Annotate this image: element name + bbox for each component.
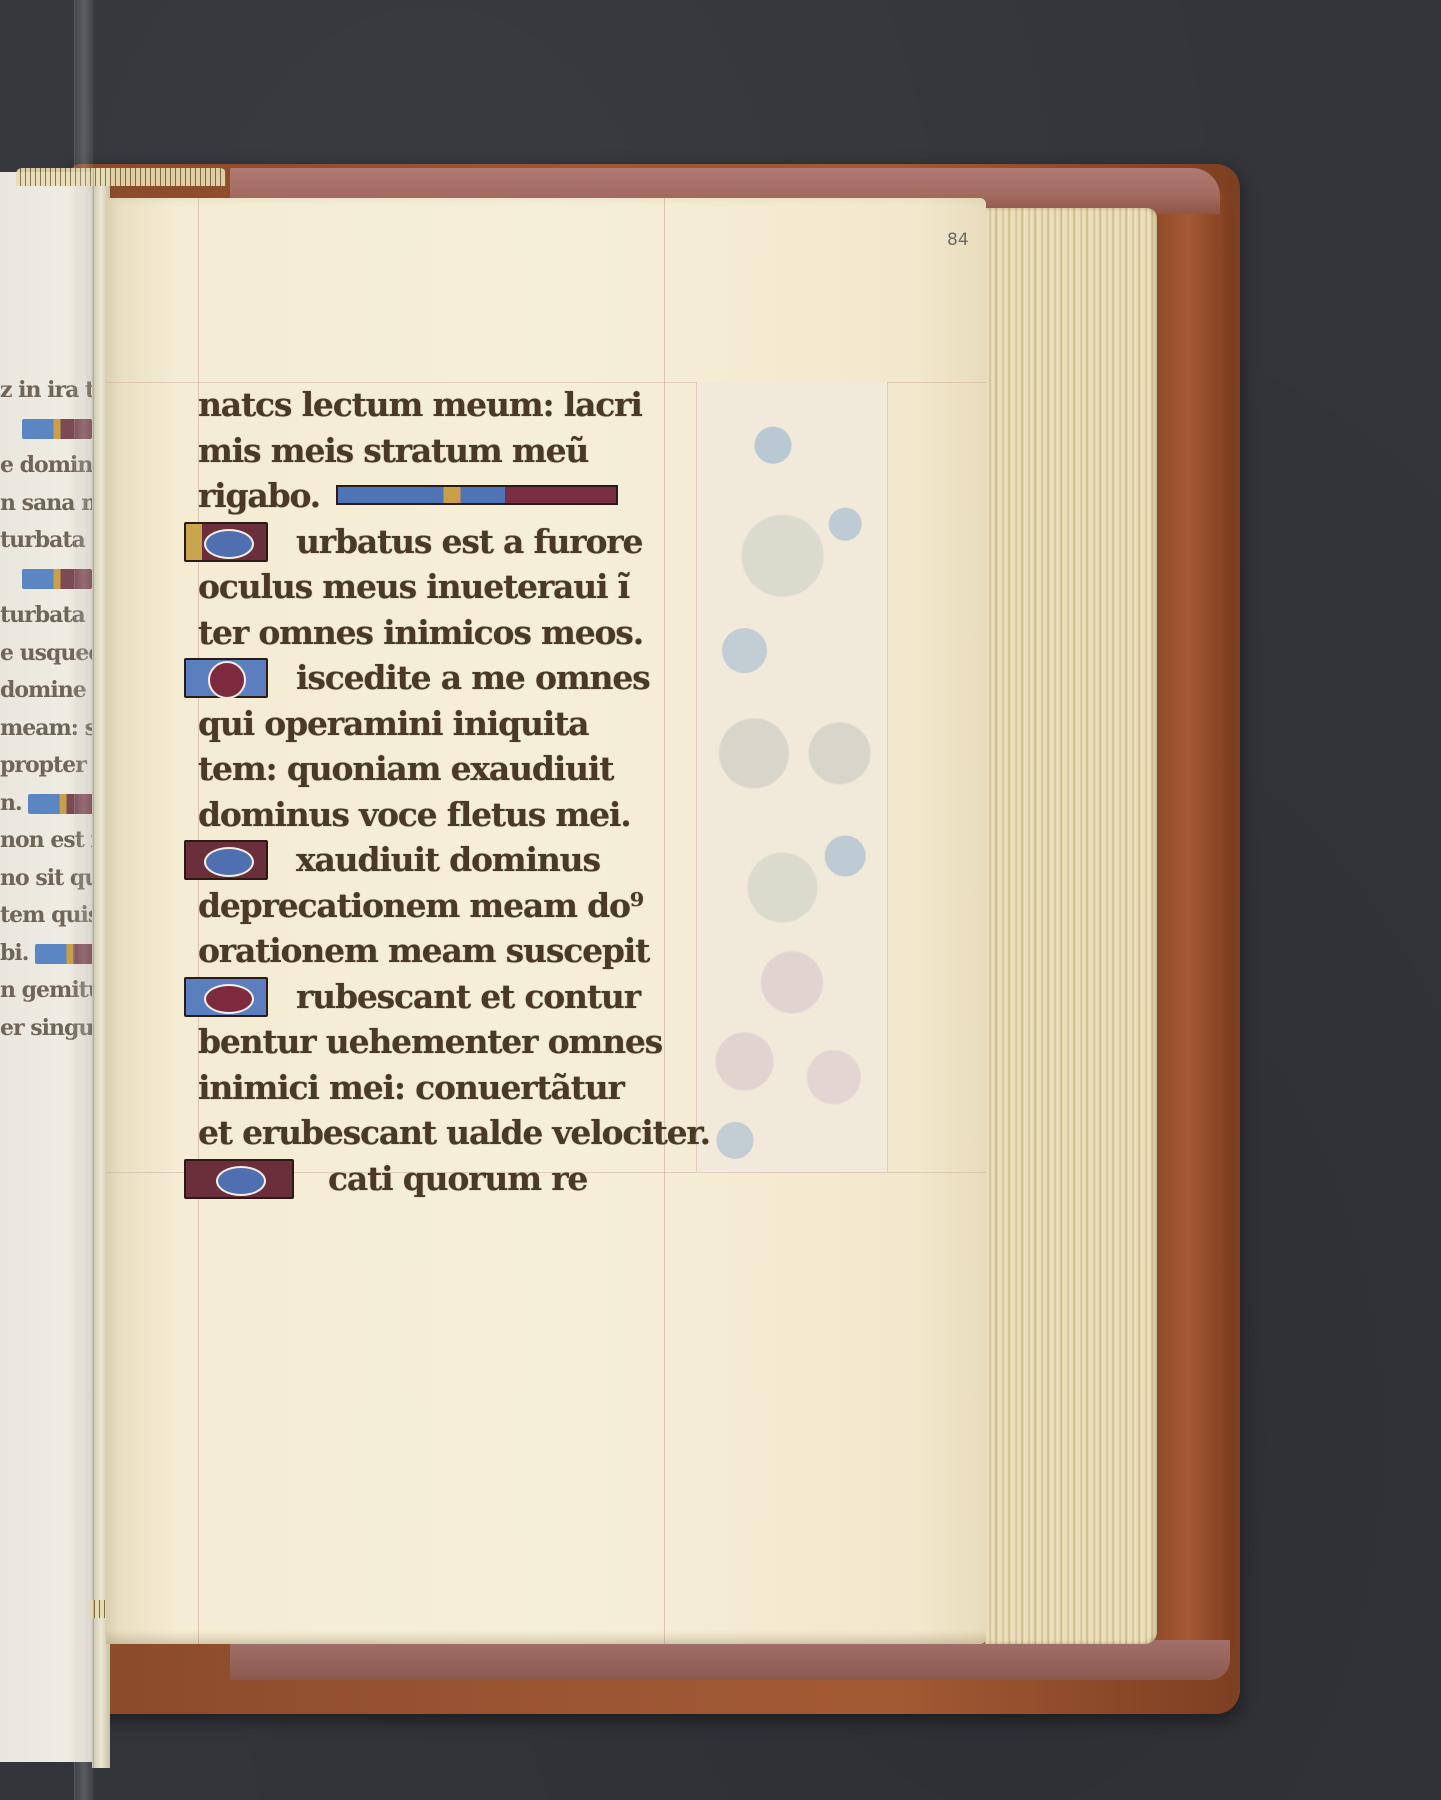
initial-bowl	[204, 984, 254, 1014]
text-line: oculus meus inueteraui ĩ	[198, 564, 694, 610]
illuminated-initial-e	[184, 977, 268, 1017]
text-line-content: rubescant et contur	[296, 977, 640, 1016]
text-line: bentur uehementer omnes	[198, 1019, 694, 1065]
illuminated-initial-d	[184, 658, 268, 698]
text-line: rigabo.	[198, 473, 694, 519]
initial-bowl	[204, 529, 254, 559]
floral-border-panel	[696, 382, 888, 1172]
text-line: cati quorum re	[198, 1156, 694, 1202]
folio-number: 84	[947, 230, 969, 250]
text-line: dominus voce fletus mei.	[198, 792, 694, 838]
line-filler-bar	[336, 485, 618, 505]
text-line: et erubescant ualde velociter.	[198, 1110, 694, 1156]
binding-bottom-turn-in	[230, 1640, 1230, 1680]
illuminated-initial-b	[184, 1159, 294, 1199]
illuminated-initial-t	[184, 522, 268, 562]
initial-bowl	[204, 847, 254, 877]
recto-text-block: natcs lectum meum: lacri mis meis stratu…	[198, 382, 694, 1201]
text-line-content: cati quorum re	[328, 1159, 587, 1198]
illuminated-initial-e	[184, 840, 268, 880]
text-line: ter omnes inimicos meos.	[198, 610, 694, 656]
text-line: tem: quoniam exaudiuit	[198, 746, 694, 792]
text-line: inimici mei: conuertãtur	[198, 1065, 694, 1111]
text-line: iscedite a me omnes	[198, 655, 694, 701]
page-edges-block	[985, 208, 1157, 1644]
text-line: deprecationem meam do⁹	[198, 883, 694, 929]
headband	[16, 168, 226, 186]
initial-bowl	[208, 661, 246, 699]
text-line: rubescant et contur	[198, 974, 694, 1020]
text-line-content: rigabo.	[198, 476, 320, 515]
text-line-content: urbatus est a furore	[296, 522, 642, 561]
text-line: natcs lectum meum: lacri	[198, 382, 694, 428]
binding-fore-edge-board	[1150, 190, 1234, 1670]
text-line: qui operamini iniquita	[198, 701, 694, 747]
page-holder-strip	[74, 0, 94, 1800]
text-line: mis meis stratum meũ	[198, 428, 694, 474]
text-line: urbatus est a furore	[198, 519, 694, 565]
verso-line-text: n.	[0, 790, 22, 816]
initial-bowl	[216, 1166, 266, 1196]
text-line: orationem meam suscepit	[198, 928, 694, 974]
text-line-content: xaudiuit dominus	[296, 840, 600, 879]
verso-line-text: bi.	[0, 940, 28, 966]
text-line: xaudiuit dominus	[198, 837, 694, 883]
text-line-content: iscedite a me omnes	[296, 658, 650, 697]
page-bottom-shadow	[106, 1630, 986, 1644]
